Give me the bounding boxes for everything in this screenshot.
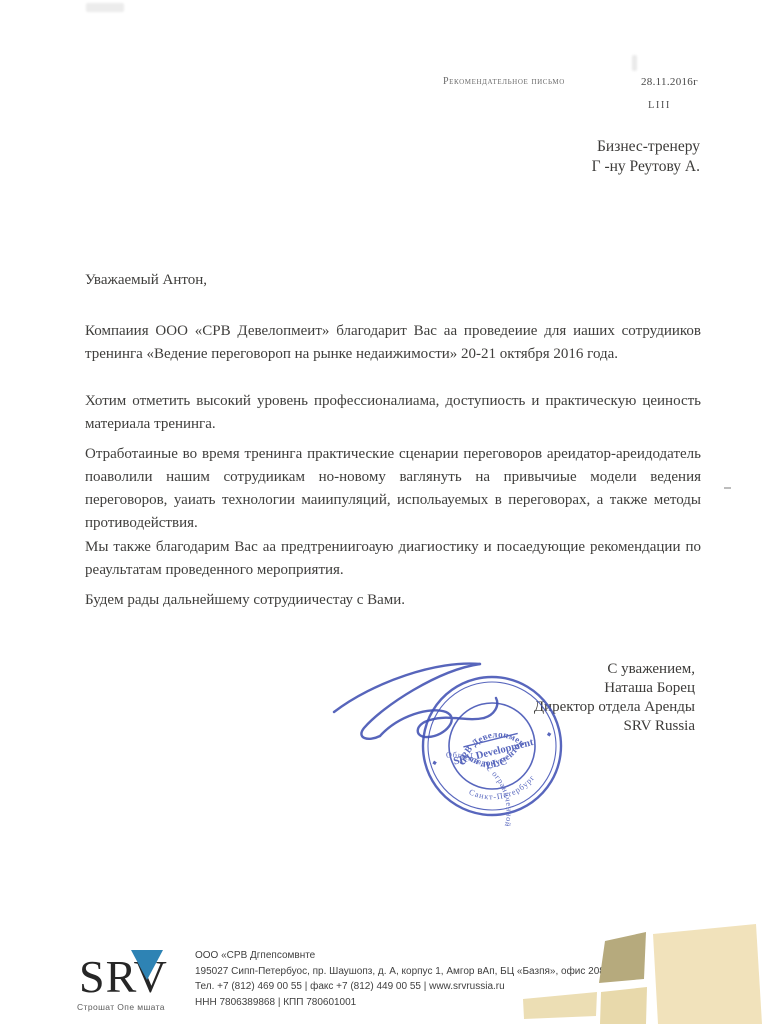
addressee-role: Бизнес-тренеру [592,137,700,157]
stamp-outer-ring [412,666,572,826]
paragraph-5: Будем рады дальнейшему сотрудиичестау с … [85,589,701,612]
decorative-squares [510,915,768,1024]
company-stamp: Общество с ограниченной ответственностью… [412,666,572,826]
paragraph-2: Хотим отметить высокий уровень профессио… [85,390,701,436]
doc-type-label: Рекомендательное письмо [443,76,565,87]
stamp-right-diamond-icon: ◆ [546,731,552,738]
scan-smudge-top-left [86,3,124,12]
srv-logo: SRV Строшат Опе мшата [77,948,197,1012]
addressee-block: Бизнес-тренеру Г -ну Реутову А. [592,137,700,176]
doc-date: 28.11.2016г [641,76,698,88]
addressee-name: Г -ну Реутову А. [592,157,700,177]
scan-dash-right-margin [724,487,731,489]
stamp-left-diamond-icon: ◆ [432,760,438,767]
decor-square-big [653,924,762,1024]
salutation: Уважаемый Антон, [85,269,701,292]
scanned-letter-page: { "header": { "doc_type_label": "Рекомен… [0,0,768,1024]
paragraph-3: Отработаиные во время тренинга практичес… [85,443,701,535]
decor-square-olive [599,932,646,983]
decor-strip [523,992,597,1019]
paragraph-1: Компаиия ООО «СРВ Девелопмеит» благодари… [85,320,701,366]
scan-smudge-above-date [632,55,637,71]
srv-logo-triangle-icon [131,950,163,980]
doc-reference-number: LIII [648,100,671,111]
paragraph-4: Мы также благодарим Вас аа предтрениигоа… [85,536,701,582]
decor-square-light [600,987,647,1024]
srv-logo-tagline: Строшат Опе мшата [77,1002,165,1012]
